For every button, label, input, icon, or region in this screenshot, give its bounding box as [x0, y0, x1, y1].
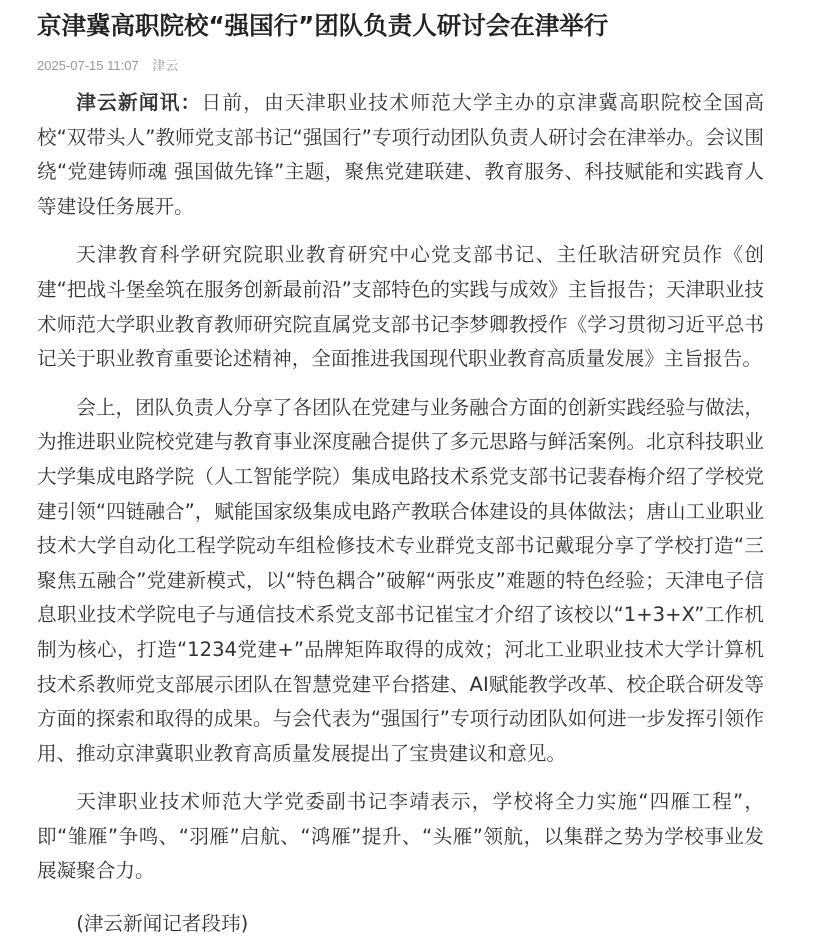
paragraph-4: 天津职业技术师范大学党委副书记李靖表示，学校将全力实施“四雁工程”，即“雏雁”争…: [37, 785, 764, 889]
news-lead-label: 津云新闻讯：: [76, 91, 201, 114]
paragraph-3: 会上，团队负责人分享了各团队在党建与业务融合方面的创新实践经验与做法，为推进职业…: [37, 391, 764, 772]
news-article: 京津冀高职院校“强国行”团队负责人研讨会在津举行 2025-07-15 11:0…: [0, 0, 764, 942]
article-title: 京津冀高职院校“强国行”团队负责人研讨会在津举行: [37, 0, 764, 43]
reporter-byline: (津云新闻记者段玮): [37, 907, 764, 942]
article-meta: 2025-07-15 11:07 津云: [37, 57, 764, 75]
paragraph-2: 天津教育科学研究院职业教育研究中心党支部书记、主任耿洁研究员作《创建“把战斗堡垒…: [37, 238, 764, 376]
paragraph-1: 津云新闻讯：日前，由天津职业技术师范大学主办的京津冀高职院校全国高校“双带头人”…: [37, 86, 764, 224]
publish-datetime: 2025-07-15 11:07: [37, 58, 139, 73]
article-body: 津云新闻讯：日前，由天津职业技术师范大学主办的京津冀高职院校全国高校“双带头人”…: [37, 86, 764, 942]
article-source: 津云: [152, 58, 178, 73]
